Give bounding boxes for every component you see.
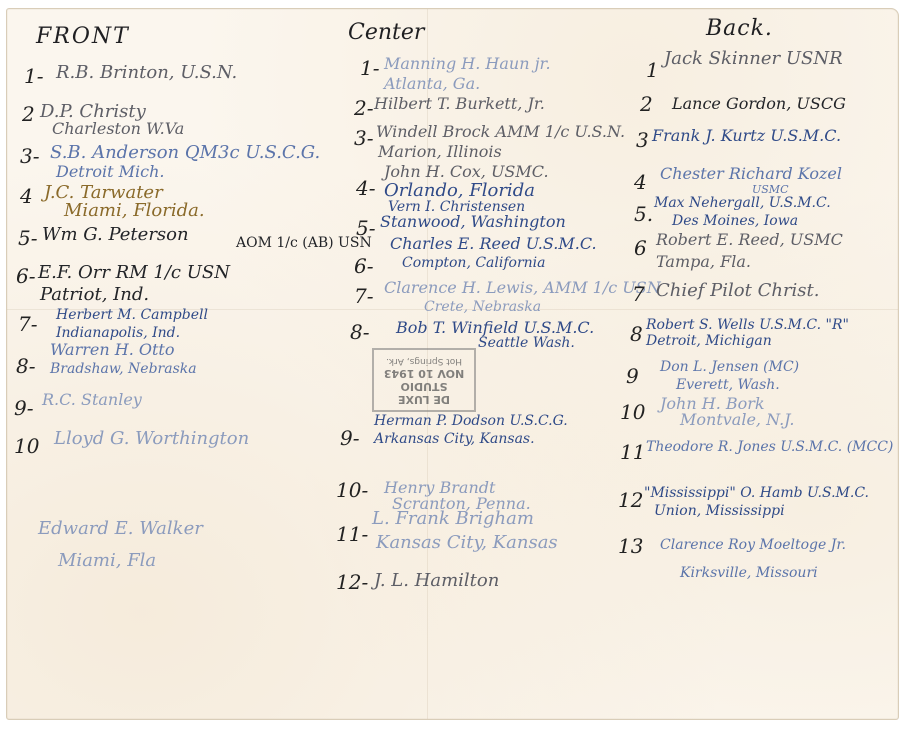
hometown: Stanwood, Washington — [380, 214, 566, 230]
signature: Clarence Roy Moeltoge Jr. — [660, 538, 846, 552]
hometown: Montvale, N.J. — [680, 412, 794, 428]
entry-number: 2- — [354, 98, 373, 118]
signature: J. L. Hamilton — [374, 572, 499, 590]
entry-number: 10 — [620, 402, 645, 422]
signature: John H. Cox, USMC. — [384, 164, 549, 180]
entry-number: 6- — [354, 256, 373, 276]
signature: E.F. Orr RM 1/c USN — [38, 264, 230, 282]
signature: Chester Richard Kozel — [660, 166, 842, 182]
hometown: Charleston W.Va — [52, 121, 184, 137]
entry-number: 1 — [646, 60, 659, 80]
entry-number: 1- — [360, 58, 379, 78]
entry-number: 10 — [14, 436, 39, 456]
entry-number: 12- — [336, 572, 368, 592]
entry-number: 9 — [626, 366, 639, 386]
stamp-location: Hot Springs, Ark. — [374, 356, 474, 367]
hometown: Detroit, Michigan — [646, 334, 772, 348]
hometown: Kansas City, Kansas — [376, 534, 558, 552]
hometown: Miami, Florida. — [64, 202, 205, 220]
signature: Edward E. Walker — [38, 520, 203, 538]
entry-number: 10- — [336, 480, 368, 500]
entry-number: 5- — [356, 218, 375, 238]
hometown: Bradshaw, Nebraska — [50, 362, 197, 376]
entry-number: 8- — [16, 356, 35, 376]
stamp-date: NOV 10 1943 — [374, 366, 474, 379]
signature: Jack Skinner USNR — [664, 50, 843, 68]
entry-number: 2 — [640, 94, 653, 114]
signature: "Mississippi" O. Hamb U.S.M.C. — [644, 486, 869, 500]
signature: Theodore R. Jones U.S.M.C. (MCC) — [646, 440, 893, 454]
entry-number: 4- — [356, 178, 375, 198]
hometown: Miami, Fla — [58, 552, 156, 570]
entry-number: 9- — [340, 428, 359, 448]
hometown: Tampa, Fla. — [656, 254, 751, 270]
entry-number: 3 — [636, 130, 649, 150]
signature: Herbert M. Campbell — [56, 308, 208, 322]
signature: R.B. Brinton, U.S.N. — [56, 64, 237, 82]
signature: R.C. Stanley — [42, 392, 142, 408]
hometown: Crete, Nebraska — [424, 300, 541, 314]
entry-number: 13 — [618, 536, 643, 556]
hometown: Patriot, Ind. — [40, 286, 149, 304]
signature: Clarence H. Lewis, AMM 1/c USN — [384, 280, 661, 296]
entry-number: 1- — [24, 66, 43, 86]
signature: Charles E. Reed U.S.M.C. — [390, 236, 597, 252]
hometown: Atlanta, Ga. — [384, 76, 480, 92]
hometown: Union, Mississippi — [654, 504, 785, 518]
entry-number: 12 — [618, 490, 643, 510]
signature: Lance Gordon, USCG — [672, 96, 846, 112]
signature: Lloyd G. Worthington — [54, 430, 249, 448]
entry-number: 7- — [354, 286, 373, 306]
signature: S.B. Anderson QM3c U.S.C.G. — [50, 144, 320, 162]
entry-number: 2 — [22, 104, 35, 124]
hometown: Kirksville, Missouri — [680, 566, 818, 580]
hometown: Seattle Wash. — [478, 336, 575, 350]
signature: Herman P. Dodson U.S.C.G. — [374, 414, 568, 428]
rank-note: AOM 1/c (AB) USN — [236, 236, 372, 250]
service-note: USMC — [752, 184, 789, 195]
signature: Manning H. Haun jr. — [384, 56, 551, 72]
entry-number: 4 — [634, 172, 647, 192]
back-heading: Back. — [706, 18, 773, 40]
hometown: Compton, California — [402, 256, 546, 270]
entry-number: 8- — [350, 322, 369, 342]
entry-number: 5. — [634, 204, 653, 224]
hometown: Detroit Mich. — [56, 164, 165, 180]
signature: L. Frank Brigham — [372, 510, 534, 528]
signature: Don L. Jensen (MC) — [660, 360, 799, 374]
hometown: Arkansas City, Kansas. — [374, 432, 535, 446]
stamp-studio-name: DE LUXE STUDIO — [374, 380, 474, 406]
signature: Hilbert T. Burkett, Jr. — [374, 96, 545, 112]
hometown: Marion, Illinois — [378, 144, 502, 160]
hometown: Orlando, Florida — [384, 182, 535, 200]
signature: Windell Brock AMM 1/c U.S.N. — [376, 124, 625, 140]
entry-number: 8 — [630, 324, 643, 344]
signature: Warren H. Otto — [50, 342, 174, 358]
front-heading: FRONT — [36, 26, 130, 48]
entry-number: 3- — [354, 128, 373, 148]
signature: Max Nehergall, U.S.M.C. — [654, 196, 831, 210]
hometown: Everett, Wash. — [676, 378, 780, 392]
entry-number: 7- — [18, 314, 37, 334]
entry-number: 4 — [20, 186, 33, 206]
hometown: Indianapolis, Ind. — [56, 326, 180, 340]
signature: Frank J. Kurtz U.S.M.C. — [652, 128, 841, 144]
signature: Wm G. Peterson — [42, 226, 189, 244]
hometown: Des Moines, Iowa — [672, 214, 798, 228]
entry-number: 6 — [634, 238, 647, 258]
entry-number: 11 — [620, 442, 645, 462]
entry-number: 9- — [14, 398, 33, 418]
entry-number: 5- — [18, 228, 37, 248]
center-heading: Center — [348, 22, 424, 44]
entry-number: 6- — [16, 266, 35, 286]
signature: Chief Pilot Christ. — [656, 282, 820, 300]
entry-number: 11- — [336, 524, 368, 544]
entry-number: 3- — [20, 146, 39, 166]
photo-studio-stamp: DE LUXE STUDIO NOV 10 1943 Hot Springs, … — [372, 348, 476, 412]
signature: Bob T. Winfield U.S.M.C. — [396, 320, 594, 336]
signature: Robert E. Reed, USMC — [656, 232, 843, 248]
signature: Robert S. Wells U.S.M.C. "R" — [646, 318, 849, 332]
entry-number: 7 — [632, 284, 645, 304]
